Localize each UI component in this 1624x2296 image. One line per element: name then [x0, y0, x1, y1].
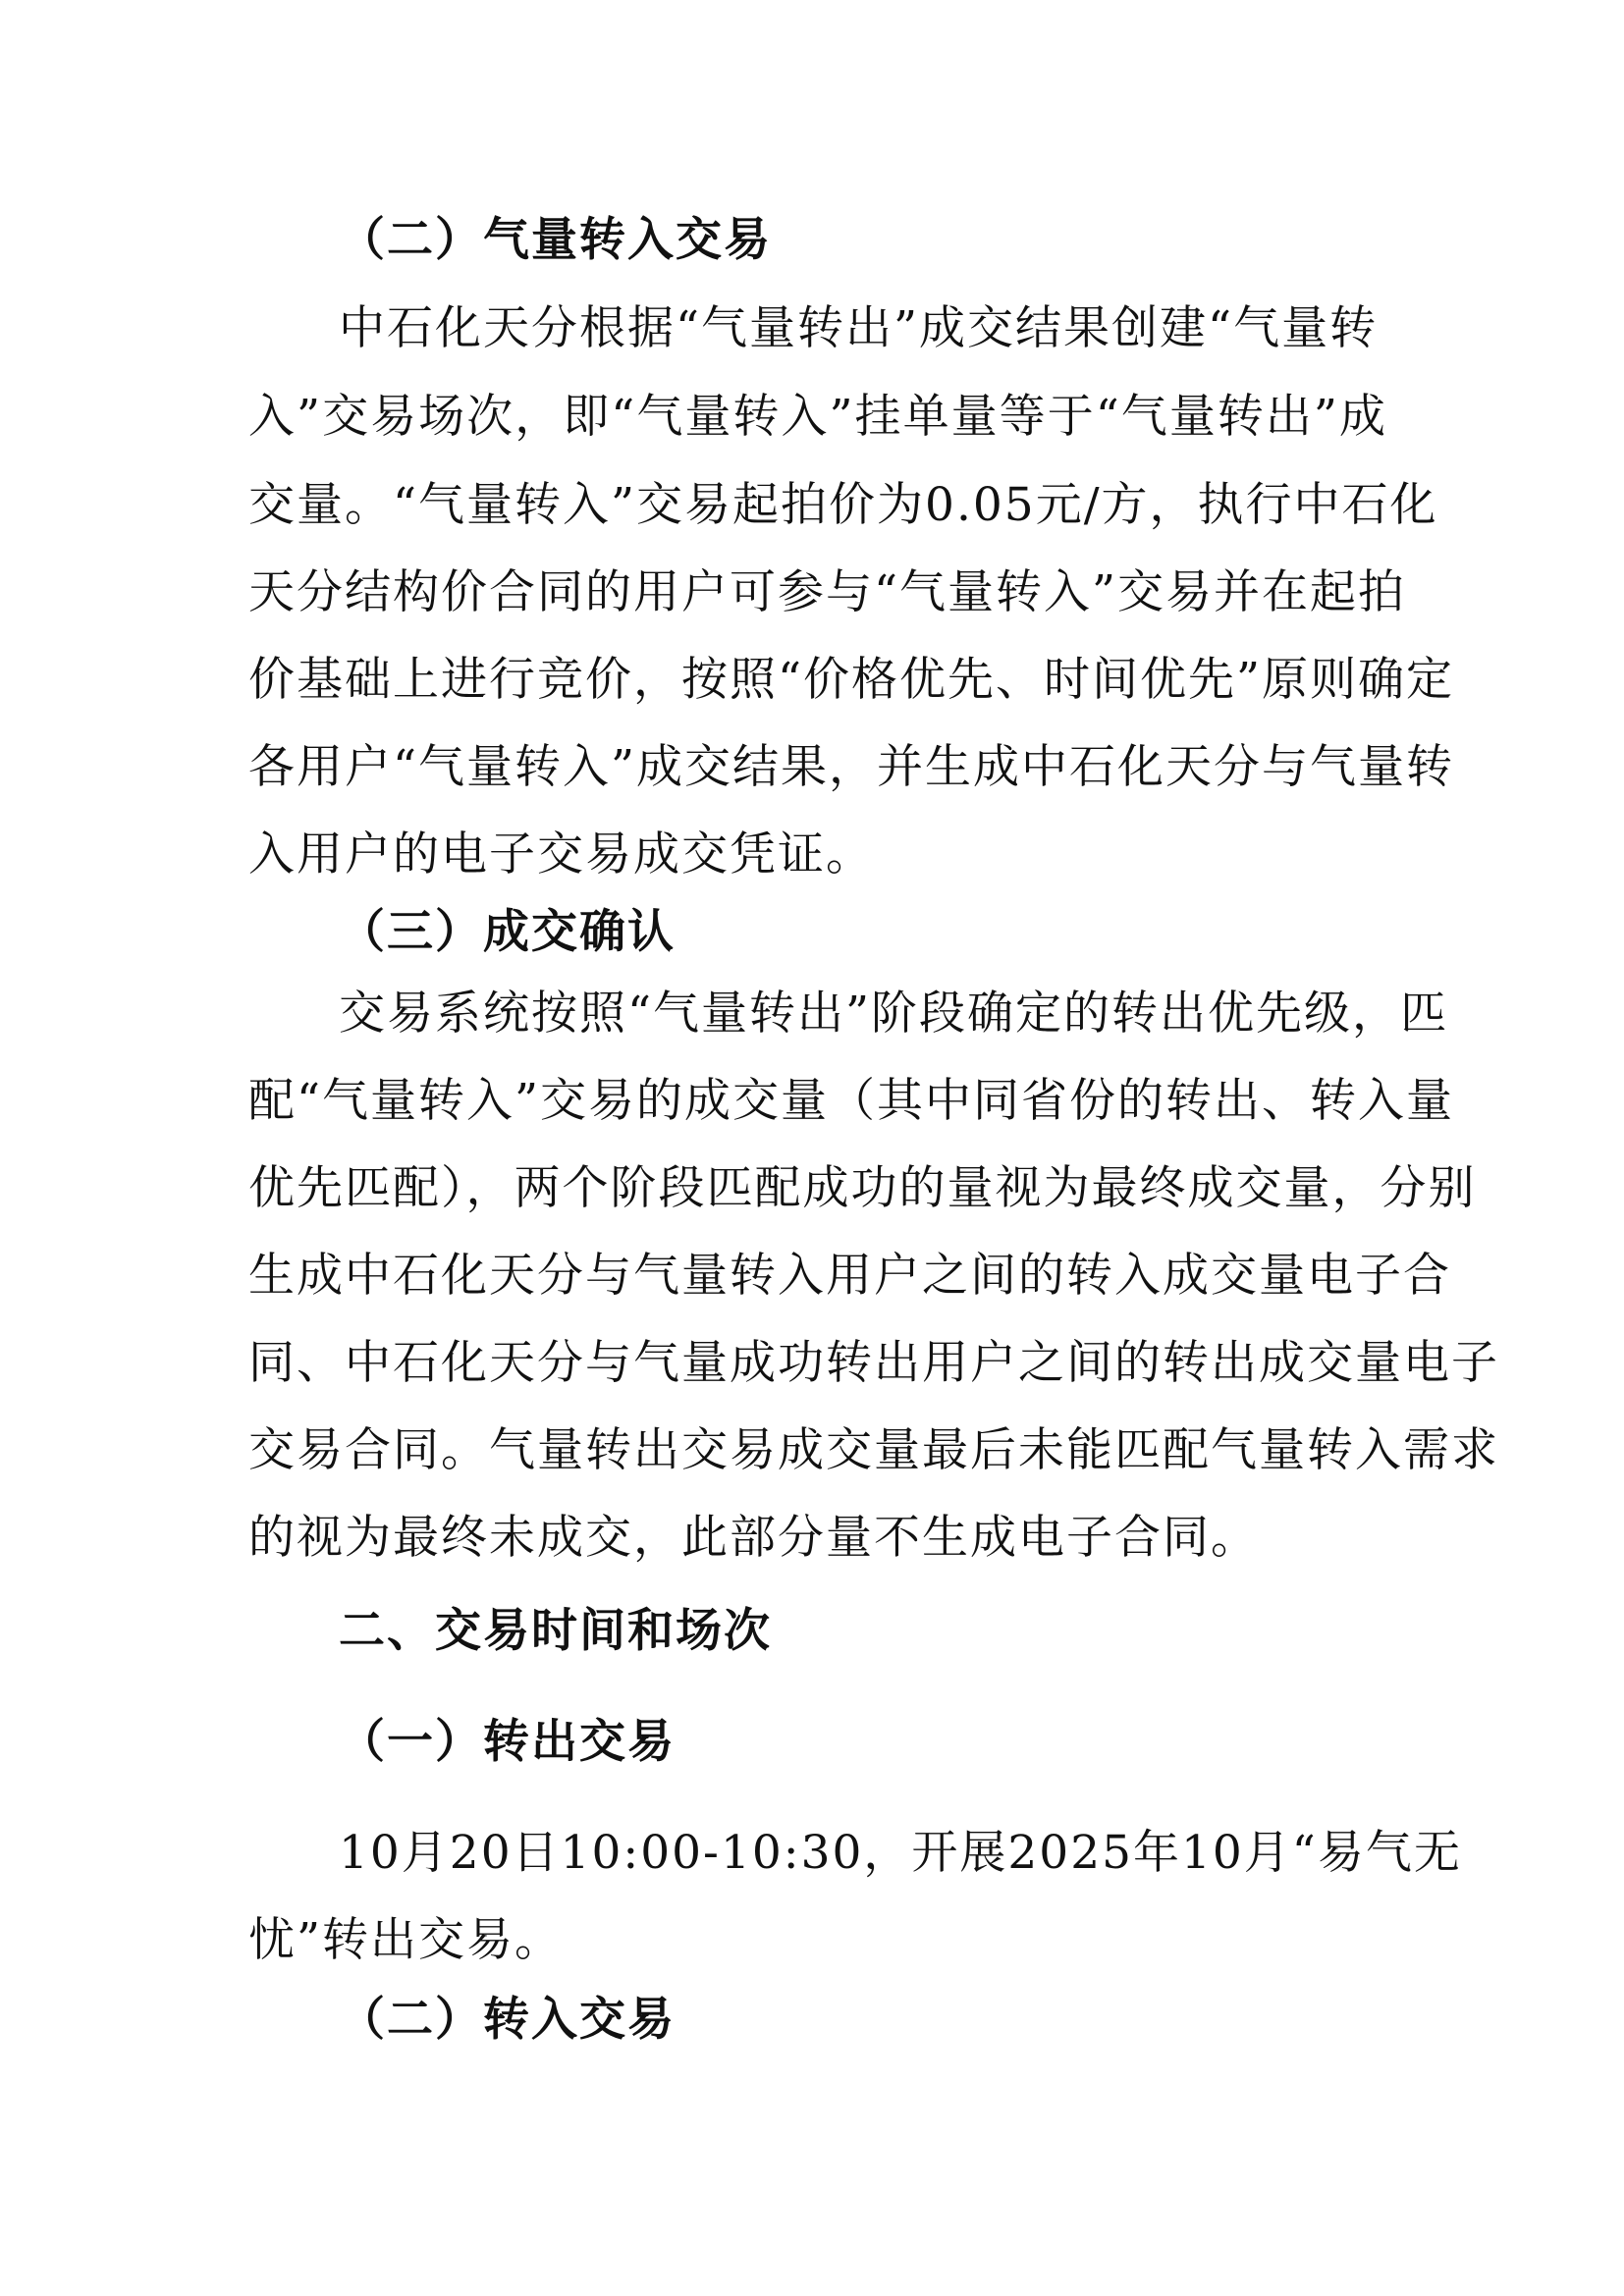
heading-transfer-in: （二）转入交易: [339, 1991, 676, 2050]
paragraph-line: 同、中石化天分与气量成功转出用户之间的转出成交量电子: [248, 1334, 1387, 1393]
heading-gas-transfer-in: （二）气量转入交易: [339, 211, 772, 270]
heading-transfer-out: （一）转出交易: [339, 1713, 676, 1772]
paragraph-line: 入”交易场次，即“气量转入”挂单量等于“气量转出”成: [248, 388, 1387, 447]
paragraph-line: 天分结构价合同的用户可参与“气量转入”交易并在起拍: [248, 563, 1387, 622]
paragraph-line: 交量。“气量转入”交易起拍价为0.05元/方，执行中石化: [248, 476, 1387, 535]
paragraph-line: 10月20日10:00-10:30，开展2025年10月“易气无: [339, 1824, 1462, 1883]
heading-deal-confirmation: （三）成交确认: [339, 903, 676, 962]
paragraph-line: 优先匹配），两个阶段匹配成功的量视为最终成交量，分别: [248, 1159, 1387, 1218]
paragraph-line: 配“气量转入”交易的成交量（其中同省份的转出、转入量: [248, 1072, 1387, 1131]
paragraph-line: 的视为最终未成交，此部分量不生成电子合同。: [248, 1509, 1259, 1568]
paragraph-line: 价基础上进行竞价，按照“价格优先、时间优先”原则确定: [248, 651, 1387, 710]
paragraph-line: 交易合同。气量转出交易成交量最后未能匹配气量转入需求: [248, 1421, 1387, 1480]
paragraph-line: 忧”转出交易。: [248, 1911, 563, 1970]
paragraph-line: 入用户的电子交易成交凭证。: [248, 826, 874, 884]
heading-trading-time-sessions: 二、交易时间和场次: [339, 1602, 772, 1661]
paragraph-line: 生成中石化天分与气量转入用户之间的转入成交量电子合: [248, 1247, 1387, 1306]
paragraph-line: 交易系统按照“气量转出”阶段确定的转出优先级，匹: [339, 985, 1448, 1043]
paragraph-line: 各用户“气量转入”成交结果，并生成中石化天分与气量转: [248, 738, 1387, 797]
paragraph-line: 中石化天分根据“气量转出”成交结果创建“气量转: [339, 299, 1378, 358]
